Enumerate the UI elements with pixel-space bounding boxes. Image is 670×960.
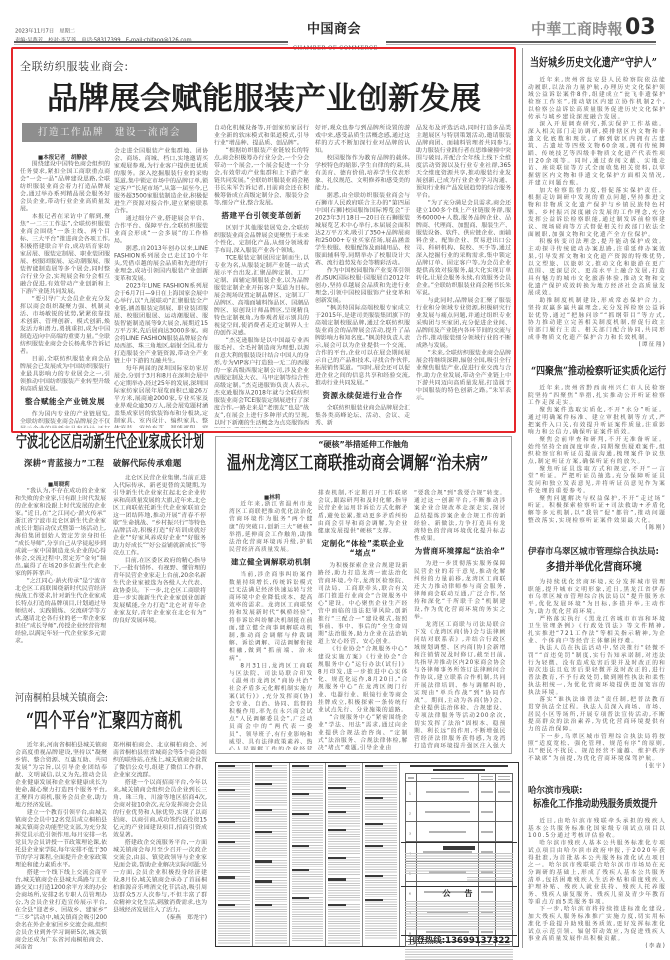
notice-title-bar bbox=[255, 904, 272, 906]
table-row: 3 bbox=[406, 821, 513, 841]
second-notice-signature bbox=[467, 877, 513, 882]
harbin-headline: 标准化工作推动助残服务质效提升 bbox=[533, 800, 658, 810]
notice-title-bar bbox=[365, 845, 382, 847]
paragraph: “要我合规”到“我要合规”转变。通过这一创新平台,不断推动涉案企业合规改革走深走… bbox=[414, 489, 506, 542]
notice-title-bar bbox=[328, 787, 345, 789]
classified-column bbox=[363, 763, 400, 946]
paragraph: 搭建一个以商招商平台,今年以来,城关镇商会组织会员企业到长三角、珠三角、川渝等地… bbox=[113, 779, 207, 839]
paragraph: “之江同心·薪火传承”是宁波市北仑区工商联围绕新时代民营经济统战工作要求,针对新… bbox=[15, 577, 106, 645]
public-notice-title: 公 告 bbox=[401, 889, 517, 899]
yichun-article-text: 为持续优化营商环境,充分发挥城市管理职能,提升城市文明形象,近日,黑龙江省伊春市… bbox=[528, 578, 666, 769]
henan-column-1-text: 近年来,河南省桐柏县城关镇商会高度重视品牌建设,坚持以“凝聚乡情、整合资源、互惠… bbox=[15, 741, 107, 949]
table-row: 1 bbox=[406, 781, 513, 801]
row-number: 1 bbox=[409, 792, 411, 796]
paragraph: 龙湾区工商联与司法局联合下发《龙湾区商(协)会与法律顾问结对联系表》,并结合行政… bbox=[414, 621, 506, 750]
paragraph: 搭建一个线下线上交流会商平台,城关镇商会在县城大禹路与工业路交叉口打造1200余… bbox=[15, 869, 107, 950]
wenzhou-column-2-text: 排查机制,不定期召开工作联席会议,跟踪研判和及时化解,指导民营企业运用非诉讼方式… bbox=[318, 489, 408, 750]
classified-column bbox=[326, 763, 363, 946]
paragraph: 聚焦会前审查和研判,不开无准备听证。始终坚持全面深度审查,同期聚焦疑难案件,组织… bbox=[528, 435, 666, 464]
notice-title-bar bbox=[292, 869, 309, 871]
notice-title-bar bbox=[328, 878, 345, 880]
author-signature: (张宇) bbox=[528, 762, 666, 769]
heritage-headline: 当好城乡历史文化遗产“守护人” bbox=[530, 57, 657, 69]
ningbo-column-1-text: “我认为,不存在成功的企业家和失败的企业家,只有跟上时代发展的企业家和没跟上时代… bbox=[15, 487, 106, 645]
paragraph: 为进一步贯彻落实服务保障民营企业的若干意见,推动化解纠纷的力量前移,龙湾区工商联… bbox=[414, 560, 506, 621]
classified-notice bbox=[292, 793, 324, 811]
classified-notice bbox=[365, 899, 397, 939]
yichun-kicker: 伊春市乌翠区城市管理综合执法局: bbox=[528, 548, 659, 557]
notice-title-bar bbox=[292, 897, 309, 899]
ad-hotline: 刊登热线:13699137322 bbox=[401, 935, 517, 947]
classified-notice bbox=[218, 904, 250, 944]
paragraph: 执法人员在执法活动中,坚决推行“轻微不罚”“首违免罚”制度,实行告知承诺制,对违… bbox=[528, 644, 666, 695]
newspaper-title: 中華工商時報 bbox=[531, 22, 623, 37]
paragraph: “合规服务中心”紧密围绕企业“学法、用法”需求,通过向企业提供合规法治咨询、“定… bbox=[318, 714, 408, 750]
classified-notice bbox=[328, 829, 360, 855]
yichun-article-body: 为持续优化营商环境,充分发挥城市管理职能,提升城市文明形象,近日,黑龙江省伊春市… bbox=[528, 578, 666, 778]
wenzhou-column-3-text: “要我合规”到“我要合规”转变。通过这一创新平台,不断推动涉案企业合规改革走深走… bbox=[414, 489, 506, 750]
paragraph: 为持续优化营商环境,充分发挥城市管理职能,提升城市文明形象,近日,黑龙江省伊春市… bbox=[528, 578, 666, 615]
notice-title-bar bbox=[365, 797, 382, 799]
classified-notice bbox=[365, 875, 397, 897]
classified-notice bbox=[255, 880, 287, 902]
classified-notice bbox=[328, 787, 360, 809]
wenzhou-column-1: 近年来,浙江省温州市龙湾区工商联把推动优化法治化营商环境作为服务“两个健康”的突… bbox=[229, 500, 313, 750]
notice-title-bar bbox=[365, 899, 382, 901]
newspaper-page: 2023年11月7日 星期二 责编:吴燕芳 校对:李艾莲 电话:58317399… bbox=[0, 0, 670, 960]
henan-column-1: 近年来,河南省桐柏县城关镇商会高度重视品牌建设,坚持以“凝聚乡情、整合资源、互惠… bbox=[15, 741, 107, 949]
right-column-divider bbox=[522, 48, 523, 948]
classified-notice bbox=[365, 845, 397, 873]
ningbo-headline: 宁波北仑区启动新生代企业家成长计划 bbox=[16, 434, 204, 451]
second-notice-title-bar bbox=[443, 846, 475, 850]
classified-notice bbox=[292, 845, 324, 867]
notice-title-bar bbox=[255, 809, 272, 811]
notice-title-bar bbox=[255, 880, 272, 882]
heritage-article-body: 近年来,贵州省瓮安县人民检察院依法能动履职,以法治力量护航,办理历史文化保护领域… bbox=[528, 76, 666, 359]
paragraph: 聚焦听证员选取方式和规定,不开“一言堂”听证。严把听证员抽选,充分保障听证员发问… bbox=[528, 465, 666, 494]
paragraph: 建立一个教育引领平台,由城关镇商会会员中12名党员成立桐柏县城关镇商会功能型党支… bbox=[15, 809, 107, 869]
header-rule-right bbox=[386, 41, 656, 45]
classified-notice bbox=[365, 823, 397, 843]
classified-right-panel: 1 2 3 4 5 6 7 8 公 告 bbox=[401, 763, 517, 946]
notice-title-bar bbox=[328, 829, 345, 831]
paragraph: 近年来,河南省桐柏县城关镇商会高度重视品牌建设,坚持以“凝聚乡情、整合资源、互惠… bbox=[15, 741, 107, 809]
notice-title-bar bbox=[255, 783, 272, 785]
classified-notice bbox=[255, 809, 287, 829]
classified-notice bbox=[218, 765, 250, 787]
notice-title-bar bbox=[218, 904, 235, 906]
classified-notice bbox=[292, 813, 324, 843]
notice-title-bar bbox=[255, 765, 272, 767]
paragraph: 聚焦问题解决与权益保护,不开“走过场”听证。积极探索检察听证+司法救助+矛盾化解… bbox=[528, 494, 666, 523]
ningbo-column-2: 北仑区民营企业集聚,当前正进入代际传承、新老更替的关键期,为引导新生代企业家扛起… bbox=[113, 474, 206, 685]
paragraph: 《行业协会“合规服务中心”建设实施方案》《行业协会“合规服务中心”运行办法(试行… bbox=[318, 645, 408, 713]
heritage-article-text: 近年来,贵州省瓮安县人民检察院依法能动履职,以法治力量护航,办理历史文化保护领域… bbox=[528, 76, 666, 348]
notice-title-bar bbox=[292, 813, 309, 815]
notice-title-bar bbox=[292, 793, 309, 795]
notice-title-bar bbox=[328, 904, 345, 906]
second-notice bbox=[401, 842, 517, 886]
hearing-article-body: 近年来,贵州省黔西南州兴仁市人民检察院坚持“四聚焦”举措,扎实推动公开听证检察工… bbox=[528, 384, 666, 541]
paragraph: 目前,在区委区政府的精心指导下,一批有情怀、有视野、懂管理的青年民营企业家走上台… bbox=[113, 557, 206, 625]
henan-column-2: 郑州桐柏商会、北京桐柏商会、河南省桐柏县驻省城商会等5个商会组织的联络站,在线上… bbox=[113, 741, 207, 949]
subheading: 为营商环境撑起“法治伞” bbox=[414, 547, 506, 557]
ningbo-deck: 深耕“青蓝接力”工程 破解代际传承难题 bbox=[24, 459, 182, 467]
paragraph: 积极转变司法理念,提升能动保护成效。主动探寻传统能动办案思路,注重延伸办案效果,… bbox=[528, 238, 666, 297]
header-rule-left bbox=[14, 41, 288, 45]
classified-column bbox=[290, 763, 327, 946]
notice-title-bar bbox=[328, 811, 345, 813]
notice-title-bar bbox=[365, 765, 382, 767]
hearing-headline: “四聚焦”推动检察听证实质化运行 bbox=[531, 366, 666, 377]
table-subtitle-bar bbox=[433, 769, 485, 771]
classified-column bbox=[253, 763, 290, 946]
paragraph: 近年来,浙江省温州市龙湾区工商联把推动优化法治化营商环境作为服务“两个健康”的突… bbox=[229, 500, 313, 553]
second-notice-text bbox=[405, 853, 513, 875]
paragraph: 落实“谁执法谁普法”责任制,把普法教育贯穿执法全过程。执法人员深入商场、市场、居… bbox=[528, 696, 666, 733]
paragraph: 深入开展调查研究,抓实保护工作基础。深入相关部门走访调研,摸排辖区内文物和非遗文… bbox=[528, 120, 666, 186]
paragraph: 搭建政企交流服务平台,一方面城关镇商会每月至少召开一次政企交流会,由县、镇党政领… bbox=[113, 839, 207, 914]
paragraph: 哈尔滨市残疾人基本公共服务标准化专项试点项目由哈尔滨市政府申报,于2020年获得… bbox=[528, 839, 666, 905]
paragraph: 助推制度机制建设,形成常态保护合力。坚持双赢多赢共赢理念,充分发挥检察公益诉讼优… bbox=[528, 297, 666, 341]
notice-title-bar bbox=[255, 860, 272, 862]
notice-title-bar bbox=[292, 765, 309, 767]
classified-ads-section: 1 2 3 4 5 6 7 8 公 告 bbox=[215, 762, 519, 947]
ningbo-column-1: “我认为,不存在成功的企业家和失败的企业家,只有跟上时代发展的企业家和没跟上时代… bbox=[15, 487, 106, 684]
paragraph: 郑州桐柏商会、北京桐柏商会、河南省桐柏县驻省城商会等5个商会组织的联络站,在线上… bbox=[113, 741, 207, 779]
classified-notice bbox=[255, 831, 287, 859]
paragraph: “我认为,不存在成功的企业家和失败的企业家,只有跟上时代发展的企业家和没跟上时代… bbox=[15, 487, 106, 577]
section-logo: 中国商会 bbox=[307, 23, 361, 36]
classified-notice bbox=[328, 857, 360, 877]
public-notice: 公 告 bbox=[401, 886, 517, 937]
classified-notice bbox=[255, 904, 287, 944]
row-number: 2 bbox=[409, 812, 411, 816]
classified-notice bbox=[365, 797, 397, 821]
paragraph: 严格落实执行《黑龙江省城市市容和环境卫生管理条例》《行政处罚法》等文件精神,扎实… bbox=[528, 615, 666, 644]
subheading: 建立健全调解联动机制 bbox=[229, 558, 313, 568]
classified-notice bbox=[218, 789, 250, 819]
notice-title-bar bbox=[218, 789, 235, 791]
table-notice-footer-text bbox=[405, 949, 513, 960]
harbin-article-body: 近日,由哈尔滨市残联牵头承担的残疾人基本公共服务标准化国家级专项试点项目以100… bbox=[528, 817, 666, 950]
classified-notice bbox=[218, 876, 250, 902]
page-number: 03 bbox=[625, 17, 656, 39]
classified-notice bbox=[328, 811, 360, 827]
wenzhou-column-1-text: 近年来,浙江省温州市龙湾区工商联把推动优化法治化营商环境作为服务“两个健康”的突… bbox=[229, 500, 313, 750]
paragraph: 当前,涉企商事纠纷案件数量持续增长,传统诉讼模式已无法满足经济快速运转与营商环境… bbox=[229, 571, 313, 662]
table-row: 2 bbox=[406, 801, 513, 821]
notice-title-bar bbox=[365, 823, 382, 825]
subheading: 定制化“体检”柔联企业“堵点” bbox=[318, 539, 408, 558]
classified-notice bbox=[365, 765, 397, 795]
notice-title-bar bbox=[365, 875, 382, 877]
classified-notice bbox=[292, 897, 324, 941]
paragraph: 近日,由哈尔滨市残联牵头承担的残疾人基本公共服务标准化国家级专项试点项目以100… bbox=[528, 817, 666, 839]
henan-headline: “四个平台”汇聚四方商机 bbox=[26, 710, 182, 730]
classified-notice bbox=[255, 765, 287, 781]
henan-column-2-text: 郑州桐柏商会、北京桐柏商会、河南省桐柏县驻省城商会等5个商会组织的联络站,在线上… bbox=[113, 741, 207, 921]
classified-column bbox=[216, 763, 253, 946]
author-signature: (陈刚) bbox=[528, 524, 666, 531]
notice-title-bar bbox=[328, 857, 345, 859]
author-signature: (秦燕 郑尧宇) bbox=[113, 914, 207, 922]
notice-title-bar bbox=[328, 765, 345, 767]
wenzhou-column-2: 排查机制,不定期召开工作联席会议,跟踪研判和及时化解,指导民营企业运用非诉讼方式… bbox=[318, 489, 408, 750]
highlight-box bbox=[11, 47, 516, 433]
notice-title-bar bbox=[218, 765, 235, 767]
author-signature: (李森) bbox=[528, 942, 666, 949]
notice-title-bar bbox=[218, 841, 235, 843]
table-title-bar bbox=[410, 765, 509, 767]
notice-title-bar bbox=[292, 845, 309, 847]
classified-notice bbox=[292, 869, 324, 895]
notice-title-bar bbox=[255, 831, 272, 833]
classified-notice bbox=[328, 765, 360, 785]
harbin-article-text: 近日,由哈尔滨市残联牵头承担的残疾人基本公共服务标准化国家级专项试点项目以100… bbox=[528, 817, 666, 949]
henan-kicker: 河南桐柏县城关镇商会: bbox=[15, 694, 108, 704]
paragraph: 聚焦案件选取实质化,不开“水分”听证。通过明确案件标准、建立审批机制等方式,严把… bbox=[528, 406, 666, 435]
author-signature: (谭征翔) bbox=[528, 341, 666, 348]
classified-notice bbox=[292, 765, 324, 791]
wenzhou-headline: 温州龙湾区工商联推动商会调解“治未病” bbox=[227, 455, 488, 473]
row-number: 3 bbox=[409, 832, 411, 836]
hearing-article-text: 近年来,贵州省黔西南州兴仁市人民检察院坚持“四聚焦”举措,扎实推动公开听证检察工… bbox=[528, 384, 666, 531]
classified-notice bbox=[218, 841, 250, 875]
paragraph: 8月31日,龙湾区工商联与区法院、司法局联合印发《温州市龙湾区“商协共治”社会矛… bbox=[229, 662, 313, 750]
paragraph: 近年来,贵州省黔西南州兴仁市人民检察院坚持“四聚焦”举措,扎实推动公开听证检察工… bbox=[528, 384, 666, 406]
yichun-headline: 多措并举优化营商环境 bbox=[546, 561, 642, 572]
ningbo-column-2-text: 北仑区民营企业集聚,当前正进入代际传承、新老更替的关键期,为引导新生代企业家扛起… bbox=[113, 474, 206, 624]
wenzhou-kicker: “硬核”举措延伸工作触角 bbox=[215, 441, 512, 449]
paragraph: 下一步,哈尔滨市将持续推进标准化建设,加大残疾人服务标准推广实施力度,切实用标准… bbox=[528, 905, 666, 942]
paragraph: 排查机制,不定期召开工作联席会议,跟踪研判和及时化解,指导民营企业运用非诉讼方式… bbox=[318, 489, 408, 535]
notice-title-bar bbox=[218, 876, 235, 878]
classified-notice bbox=[255, 860, 287, 878]
paragraph: 加大检察监督力度,督促落实保护责任。根据走访调研中发现的重点问题,坚持推进文物和… bbox=[528, 186, 666, 237]
paragraph: 近年来,贵州省瓮安县人民检察院依法能动履职,以法治力量护航,办理历史文化保护领域… bbox=[528, 76, 666, 120]
paragraph: 下一步,乌翠区城市管理综合执法局将按照“适度宽松、强化管理、规范有序”的原则,以… bbox=[528, 732, 666, 761]
wenzhou-column-3: “要我合规”到“我要合规”转变。通过这一创新平台,不断推动涉案企业合规改革走深走… bbox=[414, 489, 506, 750]
harbin-kicker: 哈尔滨市残联: bbox=[528, 787, 582, 796]
classified-notice bbox=[328, 904, 360, 944]
classified-notice bbox=[255, 783, 287, 807]
classified-notice bbox=[328, 878, 360, 902]
notice-title-bar bbox=[218, 821, 235, 823]
classified-notice bbox=[218, 821, 250, 839]
paragraph: 北仑区民营企业集聚,当前正进入代际传承、新老更替的关键期,为引导新生代企业家扛起… bbox=[113, 474, 206, 557]
public-notice-text bbox=[405, 901, 513, 931]
classified-notice-columns bbox=[216, 763, 400, 946]
paragraph: 为积极探索企业合规建设新路径,助力打造龙湾一流法治化营商环境,今年,龙湾区检察院… bbox=[318, 562, 408, 646]
table-header-row bbox=[406, 773, 513, 781]
